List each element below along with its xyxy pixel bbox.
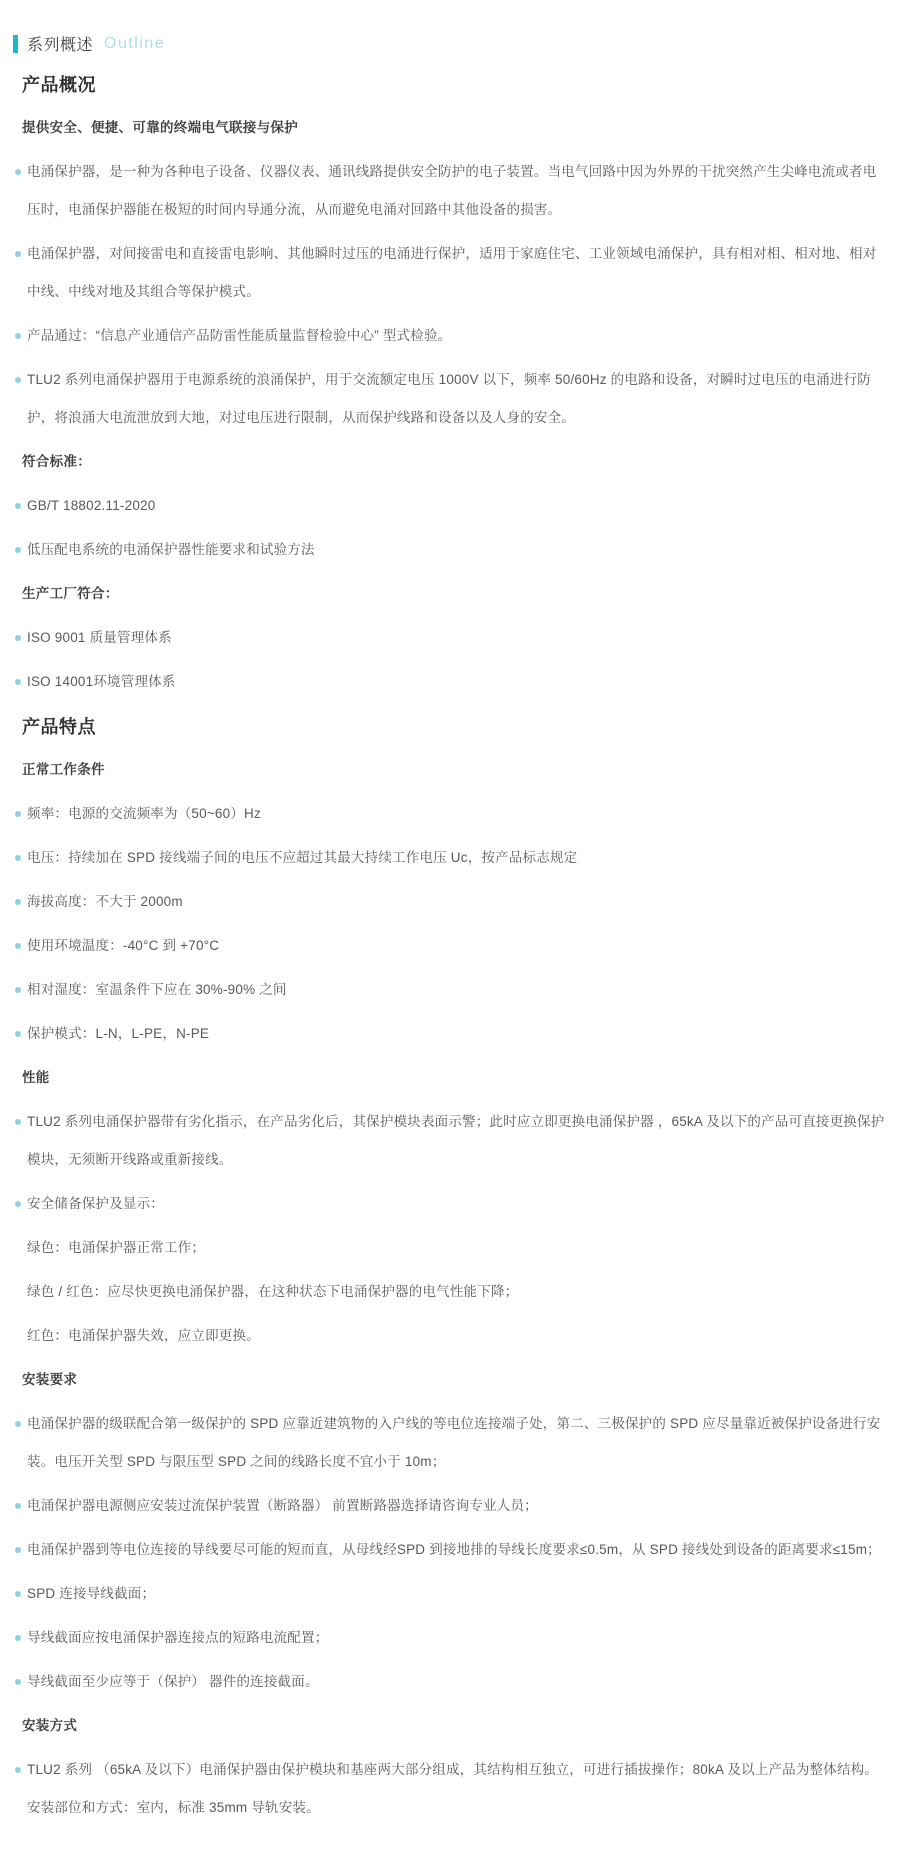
bullet-item: TLU2 系列 （65kA 及以下）电涌保护器由保护模块和基座两大部分组成，其结… — [15, 1751, 888, 1827]
series-outline-header: 系列概述 Outline — [13, 32, 888, 55]
bullet-item: 电涌保护器电源侧应安装过流保护装置（断路器） 前置断路器选择请咨询专业人员； — [15, 1487, 888, 1525]
bullet-dot-icon — [15, 251, 21, 257]
bullet-text: TLU2 系列 （65kA 及以下）电涌保护器由保护模块和基座两大部分组成，其结… — [27, 1762, 878, 1815]
bullet-text: TLU2 系列电涌保护器用于电源系统的浪涌保护，用于交流额定电压 1000V 以… — [27, 372, 871, 425]
sub-heading: 生产工厂符合： — [22, 575, 888, 613]
bullet-text: SPD 连接导线截面； — [27, 1586, 155, 1601]
bullet-text: ISO 14001环境管理体系 — [27, 674, 176, 689]
bullet-dot-icon — [15, 1503, 21, 1509]
bullet-item: TLU2 系列电涌保护器带有劣化指示，在产品劣化后，其保护模块表面示警；此时应立… — [15, 1103, 888, 1179]
document-page: 系列概述 Outline 产品概况提供安全、便捷、可靠的终端电气联接与保护电涌保… — [0, 0, 900, 1863]
bullet-dot-icon — [15, 1119, 21, 1125]
bullet-text: 电涌保护器到等电位连接的导线要尽可能的短而直，从母线经SPD 到接地排的导线长度… — [27, 1542, 881, 1557]
bullet-dot-icon — [15, 1201, 21, 1207]
bullet-dot-icon — [15, 635, 21, 641]
bullet-item: 海拔高度：不大于 2000m — [15, 883, 888, 921]
bullet-text: 电涌保护器，是一种为各种电子设备、仪器仪表、通讯线路提供安全防护的电子装置。当电… — [27, 164, 876, 217]
bullet-item: GB/T 18802.11-2020 — [15, 487, 888, 525]
bullet-dot-icon — [15, 1767, 21, 1773]
bullet-text: 导线截面应按电涌保护器连接点的短路电流配置； — [27, 1630, 328, 1645]
sub-heading: 安装要求 — [22, 1361, 888, 1399]
bullet-text: GB/T 18802.11-2020 — [27, 498, 155, 513]
bullet-dot-icon — [15, 1421, 21, 1427]
bullet-text: 频率：电源的交流频率为（50~60）Hz — [27, 806, 261, 821]
bullet-dot-icon — [15, 855, 21, 861]
bullet-dot-icon — [15, 943, 21, 949]
section-heading: 产品特点 — [22, 713, 888, 741]
bullet-text: 电涌保护器，对间接雷电和直接雷电影响、其他瞬时过压的电涌进行保护，适用于家庭住宅… — [27, 246, 876, 299]
bullet-text: 低压配电系统的电涌保护器性能要求和试验方法 — [27, 542, 315, 557]
bullet-text: ISO 9001 质量管理体系 — [27, 630, 172, 645]
bullet-dot-icon — [15, 333, 21, 339]
bullet-dot-icon — [15, 1679, 21, 1685]
bullet-item: 相对湿度：室温条件下应在 30%-90% 之间 — [15, 971, 888, 1009]
sub-heading: 性能 — [22, 1059, 888, 1097]
bullet-dot-icon — [15, 899, 21, 905]
bullet-item: 低压配电系统的电涌保护器性能要求和试验方法 — [15, 531, 888, 569]
bullet-item: 导线截面应按电涌保护器连接点的短路电流配置； — [15, 1619, 888, 1657]
accent-bar-icon — [13, 35, 18, 53]
section-heading: 产品概况 — [22, 71, 888, 99]
bullet-dot-icon — [15, 169, 21, 175]
bullet-dot-icon — [15, 1591, 21, 1597]
bullet-text: 安全储备保护及显示： — [27, 1196, 164, 1211]
bullet-dot-icon — [15, 377, 21, 383]
bullet-item: 电压：持续加在 SPD 接线端子间的电压不应超过其最大持续工作电压 Uc，按产品… — [15, 839, 888, 877]
sub-heading: 提供安全、便捷、可靠的终端电气联接与保护 — [22, 109, 888, 147]
bullet-dot-icon — [15, 1031, 21, 1037]
bullet-item: 电涌保护器到等电位连接的导线要尽可能的短而直，从母线经SPD 到接地排的导线长度… — [15, 1531, 888, 1569]
content-blocks: 产品概况提供安全、便捷、可靠的终端电气联接与保护电涌保护器，是一种为各种电子设备… — [13, 71, 888, 1827]
section-subtitle: Outline — [104, 35, 165, 53]
bullet-text: 使用环境温度：-40°C 到 +70°C — [27, 938, 219, 953]
plain-line: 绿色：电涌保护器正常工作； — [27, 1229, 888, 1267]
bullet-text: 电压：持续加在 SPD 接线端子间的电压不应超过其最大持续工作电压 Uc，按产品… — [27, 850, 577, 865]
bullet-item: 电涌保护器，是一种为各种电子设备、仪器仪表、通讯线路提供安全防护的电子装置。当电… — [15, 153, 888, 229]
sub-heading: 安装方式 — [22, 1707, 888, 1745]
bullet-item: SPD 连接导线截面； — [15, 1575, 888, 1613]
sub-heading: 符合标准： — [22, 443, 888, 481]
bullet-dot-icon — [15, 679, 21, 685]
bullet-dot-icon — [15, 547, 21, 553]
bullet-dot-icon — [15, 1547, 21, 1553]
bullet-item: 电涌保护器的级联配合第一级保护的 SPD 应靠近建筑物的入户线的等电位连接端子处… — [15, 1405, 888, 1481]
bullet-item: 安全储备保护及显示： — [15, 1185, 888, 1223]
bullet-text: 电涌保护器电源侧应安装过流保护装置（断路器） 前置断路器选择请咨询专业人员； — [27, 1498, 538, 1513]
bullet-item: 频率：电源的交流频率为（50~60）Hz — [15, 795, 888, 833]
plain-line: 绿色 / 红色：应尽快更换电涌保护器，在这种状态下电涌保护器的电气性能下降； — [27, 1273, 888, 1311]
bullet-text: 相对湿度：室温条件下应在 30%-90% 之间 — [27, 982, 287, 997]
bullet-item: ISO 9001 质量管理体系 — [15, 619, 888, 657]
bullet-item: 产品通过：“信息产业通信产品防雷性能质量监督检验中心” 型式检验。 — [15, 317, 888, 355]
plain-line: 红色：电涌保护器失效，应立即更换。 — [27, 1317, 888, 1355]
bullet-item: ISO 14001环境管理体系 — [15, 663, 888, 701]
bullet-dot-icon — [15, 987, 21, 993]
bullet-text: 产品通过：“信息产业通信产品防雷性能质量监督检验中心” 型式检验。 — [27, 328, 451, 343]
bullet-text: 导线截面至少应等于（保护） 器件的连接截面。 — [27, 1674, 319, 1689]
bullet-item: 使用环境温度：-40°C 到 +70°C — [15, 927, 888, 965]
bullet-text: 保护模式：L-N，L-PE，N-PE — [27, 1026, 209, 1041]
bullet-dot-icon — [15, 503, 21, 509]
bullet-item: 电涌保护器，对间接雷电和直接雷电影响、其他瞬时过压的电涌进行保护，适用于家庭住宅… — [15, 235, 888, 311]
section-title: 系列概述 — [27, 32, 93, 55]
bullet-item: TLU2 系列电涌保护器用于电源系统的浪涌保护，用于交流额定电压 1000V 以… — [15, 361, 888, 437]
bullet-dot-icon — [15, 1635, 21, 1641]
sub-heading: 正常工作条件 — [22, 751, 888, 789]
bullet-dot-icon — [15, 811, 21, 817]
bullet-text: TLU2 系列电涌保护器带有劣化指示，在产品劣化后，其保护模块表面示警；此时应立… — [27, 1114, 884, 1167]
bullet-item: 保护模式：L-N，L-PE，N-PE — [15, 1015, 888, 1053]
bullet-item: 导线截面至少应等于（保护） 器件的连接截面。 — [15, 1663, 888, 1701]
bullet-text: 海拔高度：不大于 2000m — [27, 894, 183, 909]
bullet-text: 电涌保护器的级联配合第一级保护的 SPD 应靠近建筑物的入户线的等电位连接端子处… — [27, 1416, 880, 1469]
